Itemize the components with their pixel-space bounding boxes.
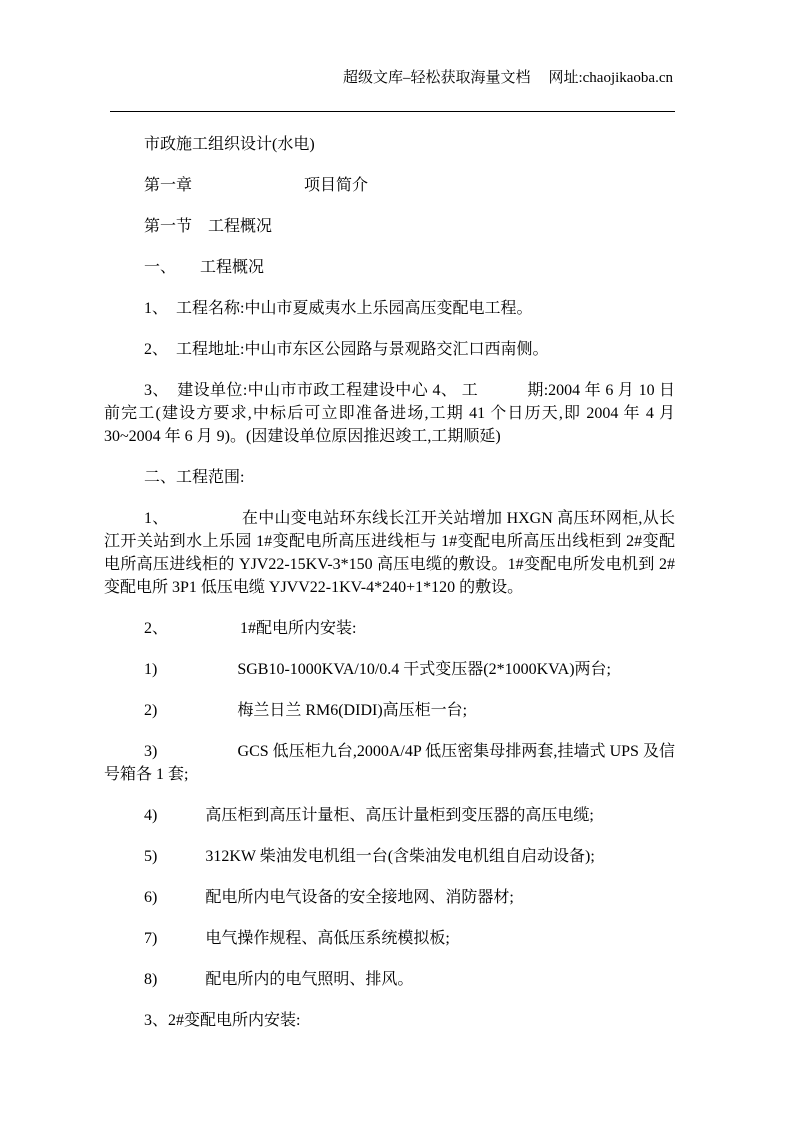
paragraph-install-item-4: 4) 高压柜到高压计量柜、高压计量柜到变压器的高压电缆;: [104, 804, 675, 827]
paragraph-scope-item-1: 1、 在中山变电站环东线长江开关站增加 HXGN 高压环网柜,从长江开关站到水上…: [104, 507, 675, 599]
document-body: 市政施工组织设计(水电) 第一章 项目简介 第一节 工程概况 一、 工程概况 1…: [104, 133, 675, 1032]
paragraph-doc-title: 市政施工组织设计(水电): [104, 133, 675, 156]
paragraph-project-address: 2、 工程地址:中山市东区公园路与景观路交汇口西南侧。: [104, 338, 675, 361]
paragraph-project-name: 1、 工程名称:中山市夏威夷水上乐园高压变配电工程。: [104, 297, 675, 320]
document-page: 超级文库–轻松获取海量文档网址:chaojikaoba.cn 市政施工组织设计(…: [0, 0, 793, 1122]
paragraph-install-item-3: 3) GCS 低压柜九台,2000A/4P 低压密集母排两套,挂墙式 UPS 及…: [104, 740, 675, 786]
paragraph-install-item-1: 1) SGB10-1000KVA/10/0.4 干式变压器(2*1000KVA)…: [104, 658, 675, 681]
header-url: chaojikaoba.cn: [583, 70, 673, 86]
paragraph-install-item-7: 7) 电气操作规程、高低压系统模拟板;: [104, 927, 675, 950]
paragraph-scope-heading: 二、工程范围:: [104, 466, 675, 489]
paragraph-construction-unit-schedule: 3、 建设单位:中山市市政工程建设中心 4、 工 期:2004 年 6 月 10…: [104, 379, 675, 448]
paragraph-install-item-5: 5) 312KW 柴油发电机组一台(含柴油发电机组自启动设备);: [104, 845, 675, 868]
paragraph-overview-heading: 一、 工程概况: [104, 256, 675, 279]
header-url-label: 网址:: [548, 70, 582, 86]
paragraph-section-1-heading: 第一节 工程概况: [104, 215, 675, 238]
header-rule: [110, 111, 675, 112]
page-header: 超级文库–轻松获取海量文档网址:chaojikaoba.cn: [104, 50, 675, 107]
paragraph-scope-item-2-heading: 2、 1#配电所内安装:: [104, 617, 675, 640]
paragraph-install-item-6: 6) 配电所内电气设备的安全接地网、消防器材;: [104, 886, 675, 909]
paragraph-scope-item-3-heading: 3、2#变配电所内安装:: [104, 1009, 675, 1032]
header-site-text: 超级文库–轻松获取海量文档: [343, 70, 531, 86]
paragraph-install-item-8: 8) 配电所内的电气照明、排风。: [104, 968, 675, 991]
paragraph-install-item-2: 2) 梅兰日兰 RM6(DIDI)高压柜一台;: [104, 699, 675, 722]
paragraph-chapter-1-heading: 第一章 项目简介: [104, 174, 675, 197]
